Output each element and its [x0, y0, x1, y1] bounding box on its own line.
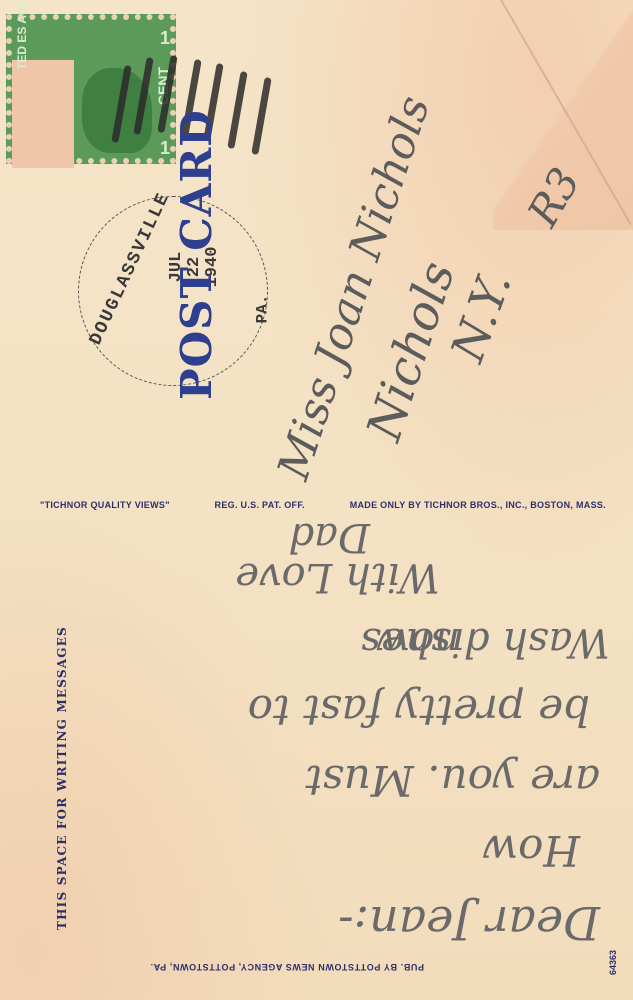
message-line-6: now: [376, 619, 460, 665]
message-line-4: be pretty fast to: [248, 686, 590, 735]
message-line-1: Dear Jean:-: [338, 896, 600, 950]
message-line-3: are you. Must: [305, 756, 600, 805]
stamp-country-text: TED ES AGE: [16, 0, 28, 70]
stamp-torn-area: [12, 60, 74, 168]
stamp-value-bottom: 1: [160, 138, 170, 159]
postcard-back: TED ES AGE 1 CENT 1 DOUGLASSVILLE JUL 22…: [0, 0, 633, 1000]
brand-text: "TICHNOR QUALITY VIEWS": [40, 500, 170, 510]
publisher-imprint: PUB. BY POTTSTOWN NEWS AGENCY, POTTSTOWN…: [150, 962, 424, 972]
postmark-state: PA.: [253, 295, 271, 324]
message-signature: Dad: [288, 514, 370, 560]
postage-stamp: TED ES AGE 1 CENT 1: [6, 14, 176, 164]
writing-space-label: THIS SPACE FOR WRITING MESSAGES: [55, 626, 69, 930]
post-card-title: POST CARD: [172, 109, 221, 400]
maker-imprint: "TICHNOR QUALITY VIEWS" REG. U.S. PAT. O…: [40, 500, 606, 510]
card-number: 64363: [608, 950, 618, 975]
handwritten-message: Dear Jean:- How are you. Must be pretty …: [90, 520, 620, 960]
message-line-2: How: [482, 826, 580, 875]
maker-text: MADE ONLY BY TICHNOR BROS., INC., BOSTON…: [350, 500, 606, 510]
message-line-7: With Love: [235, 554, 440, 600]
trademark-text: REG. U.S. PAT. OFF.: [215, 500, 305, 510]
stamp-value-top: 1: [160, 28, 170, 49]
